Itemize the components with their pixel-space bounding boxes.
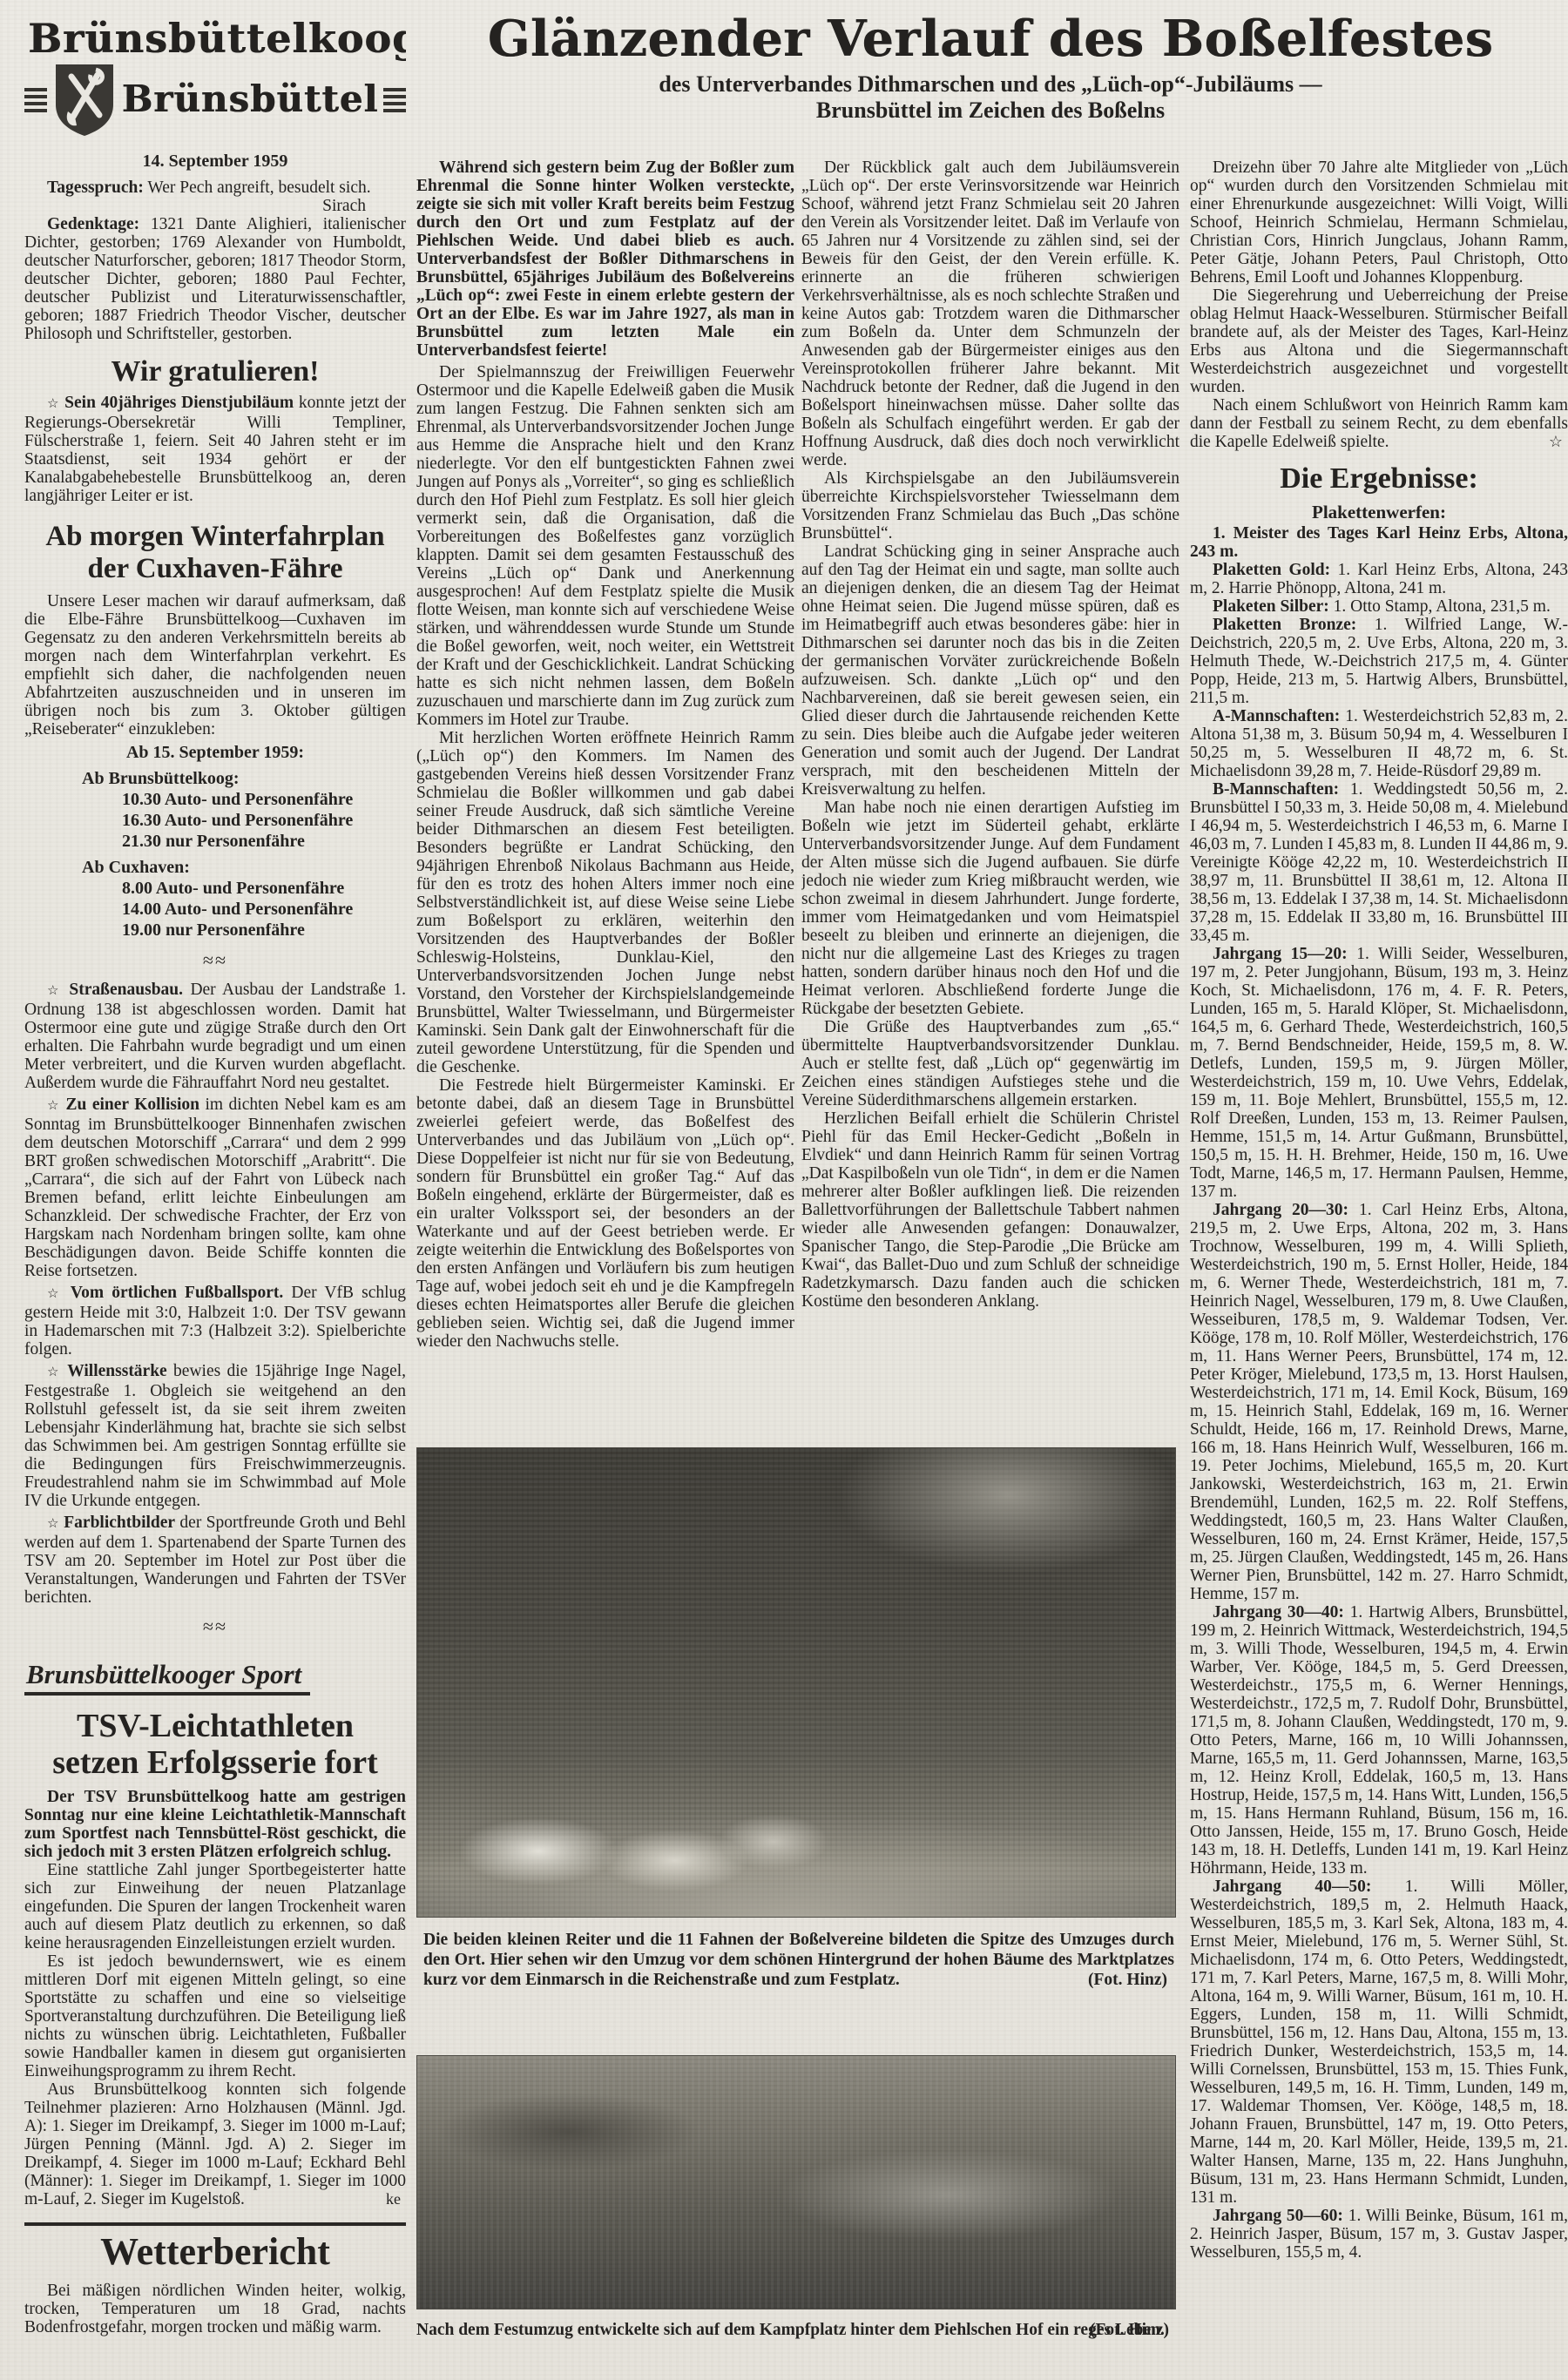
result-entry: Jahrgang 40—50: 1. Willi Möller, Westerd… <box>1190 1878 1568 2207</box>
article-paragraph: Landrat Schücking ging in seiner Ansprac… <box>801 543 1179 799</box>
fahrplan-intro: Unsere Leser machen wir darauf aufmerksa… <box>24 592 406 738</box>
masthead-title-line1: Brünsbüttelkoog <box>24 17 406 59</box>
star-bullet-icon: ☆ <box>47 397 59 411</box>
schedule-departure-label: Ab Cuxhaven: <box>24 857 406 878</box>
section-title-fahrplan: Ab morgen Winterfahrplan der Cuxhaven-Fä… <box>24 521 406 585</box>
festival-field-photo <box>416 2055 1176 2309</box>
sport-paragraph: Eine stattliche Zahl junger Sportbegeist… <box>24 1861 406 1952</box>
horizontal-rule <box>24 2222 406 2226</box>
tagesspruch-source: Sirach <box>24 197 406 215</box>
article-column-1: Während sich gestern beim Zug der Boßler… <box>416 158 794 1440</box>
result-entry: Jahrgang 30—40: 1. Hartwig Albers, Bruns… <box>1190 1603 1568 1878</box>
end-star-icon: ☆ <box>1526 433 1563 451</box>
schedule-time: 10.30 Auto- und Personenfähre <box>24 789 406 810</box>
article-column-2: Der Rückblick galt auch dem Jubiläumsver… <box>801 158 1179 1440</box>
weather-title: Wetterbericht <box>24 2231 406 2273</box>
article-paragraph: Dreizehn über 70 Jahre alte Mitglieder v… <box>1190 158 1568 287</box>
schedule-time: 21.30 nur Personenfähre <box>24 831 406 852</box>
sport-paragraph: Aus Brunsbüttelkoog konnten sich folgend… <box>24 2080 406 2208</box>
dateline: 14. September 1959 <box>24 152 406 172</box>
result-entry: Plaketen Silber: 1. Otto Stamp, Altona, … <box>1190 597 1568 616</box>
section-title-gratulieren: Wir gratulieren! <box>24 355 406 388</box>
gratulieren-item: ☆ Sein 40jähriges Dienstjubiläum konnte … <box>24 394 406 505</box>
article-paragraph: Die Grüße des Hauptverbandes zum „65.“ ü… <box>801 1018 1179 1109</box>
schedule-departure-label: Ab Brunsbüttelkoog: <box>24 768 406 789</box>
sport-paragraph: Es ist jedoch bewundernswert, wie es ein… <box>24 1952 406 2080</box>
parade-photo-caption: Die beiden kleinen Reiter und die 11 Fah… <box>423 1930 1174 1990</box>
article-paragraph: Die Siegerehrung und Ueberreichung der P… <box>1190 287 1568 396</box>
news-brief: ☆ Straßenausbau. Der Ausbau der Landstra… <box>24 981 406 1092</box>
result-entry: A-Mannschaften: 1. Westerdeichstrich 52,… <box>1190 707 1568 780</box>
author-initials: ke <box>363 2190 401 2208</box>
star-bullet-icon: ☆ <box>47 984 62 998</box>
masthead-title-line2: Brünsbüttel <box>122 79 379 119</box>
stripe-ornament-right <box>383 86 406 112</box>
news-brief: ☆ Farblichtbilder der Sportfreunde Groth… <box>24 1514 406 1607</box>
results-subtitle: Plakettenwerfen: <box>1190 502 1568 523</box>
result-entry: Plaketten Bronze: 1. Wilfried Lange, W.-… <box>1190 616 1568 707</box>
weather-text: Bei mäßigen nördlichen Winden heiter, wo… <box>24 2282 406 2336</box>
star-bullet-icon: ☆ <box>47 1517 59 1531</box>
stripe-ornament-left <box>24 86 47 112</box>
schedule-time: 8.00 Auto- und Personenfähre <box>24 878 406 899</box>
star-bullet-icon: ☆ <box>47 1099 60 1113</box>
tagesspruch: Tagesspruch: Wer Pech angreift, besudelt… <box>24 179 406 197</box>
masthead-row: Brünsbüttel <box>24 61 406 138</box>
schedule-time: 16.30 Auto- und Personenfähre <box>24 810 406 831</box>
result-champion-line: 1. Meister des Tages Karl Heinz Erbs, Al… <box>1190 524 1568 561</box>
subheadline: des Unterverbandes Dithmarschen und des … <box>416 71 1565 124</box>
article-paragraph: Nach einem Schlußwort von Heinrich Ramm … <box>1190 396 1568 451</box>
article-lead-paragraph: Während sich gestern beim Zug der Boßler… <box>416 158 794 360</box>
article-paragraph: Der Rückblick galt auch dem Jubiläumsver… <box>801 158 1179 469</box>
news-brief: ☆ Vom örtlichen Fußballsport. Der VfB sc… <box>24 1284 406 1359</box>
parade-photo <box>416 1447 1176 1918</box>
article-column-3-results: Dreizehn über 70 Jahre alte Mitglieder v… <box>1190 158 1568 2375</box>
festival-field-photo-caption: Nach dem Festumzug entwickelte sich auf … <box>416 2320 1176 2340</box>
result-entry: Jahrgang 15—20: 1. Willi Seider, Wesselb… <box>1190 945 1568 1201</box>
wavy-divider: ≈≈ <box>24 1615 406 1638</box>
result-entry: B-Mannschaften: 1. Weddingstedt 50,56 m,… <box>1190 780 1568 945</box>
photo-credit: (Fot. Hinz) <box>1090 2320 1169 2340</box>
sport-headline: TSV-Leichtathleten setzen Erfolgsserie f… <box>24 1708 406 1781</box>
gedenktage: Gedenktage: 1321 Dante Alighieri, italie… <box>24 215 406 343</box>
result-entry: Jahrgang 50—60: 1. Willi Beinke, Büsum, … <box>1190 2207 1568 2262</box>
coat-of-arms-icon <box>52 61 117 138</box>
local-news-column: Brünsbüttelkoog Brünsbüttel 14. Septembe… <box>24 17 406 2369</box>
wavy-divider: ≈≈ <box>24 949 406 972</box>
sport-lead-paragraph: Der TSV Brunsbüttelkoog hatte am gestrig… <box>24 1788 406 1861</box>
star-bullet-icon: ☆ <box>47 1365 61 1379</box>
star-bullet-icon: ☆ <box>47 1287 63 1301</box>
results-title: Die Ergebnisse: <box>1190 462 1568 496</box>
article-paragraph: Die Festrede hielt Bürgermeister Kaminsk… <box>416 1076 794 1351</box>
schedule-time: 14.00 Auto- und Personenfähre <box>24 899 406 920</box>
result-entry: Jahrgang 20—30: 1. Carl Heinz Erbs, Alto… <box>1190 1201 1568 1603</box>
main-headline: Glänzender Verlauf des Boßelfestes <box>416 12 1565 66</box>
newspaper-page: Brünsbüttelkoog Brünsbüttel 14. Septembe… <box>0 0 1568 2380</box>
photo-credit: (Fot. Hinz) <box>1088 1970 1167 1990</box>
result-entry: Plaketten Gold: 1. Karl Heinz Erbs, Alto… <box>1190 561 1568 597</box>
article-paragraph: Als Kirchspielsgabe an den Jubiläumsvere… <box>801 469 1179 543</box>
news-brief: ☆ Willensstärke bewies die 15jährige Ing… <box>24 1362 406 1510</box>
article-headline-block: Glänzender Verlauf des Boßelfestes des U… <box>416 12 1565 124</box>
schedule-time: 19.00 nur Personenfähre <box>24 920 406 941</box>
sport-section-script-title: Brunsbüttelkooger Sport <box>24 1659 310 1696</box>
article-paragraph: Man habe noch nie einen derartigen Aufst… <box>801 799 1179 1018</box>
article-paragraph: Der Spielmannszug der Freiwilligen Feuer… <box>416 363 794 729</box>
news-brief: ☆ Zu einer Kollision im dichten Nebel ka… <box>24 1096 406 1280</box>
article-paragraph: Mit herzlichen Worten eröffnete Heinrich… <box>416 729 794 1076</box>
schedule-valid-from: Ab 15. September 1959: <box>24 742 406 763</box>
article-paragraph: Herzlichen Beifall erhielt die Schülerin… <box>801 1109 1179 1311</box>
